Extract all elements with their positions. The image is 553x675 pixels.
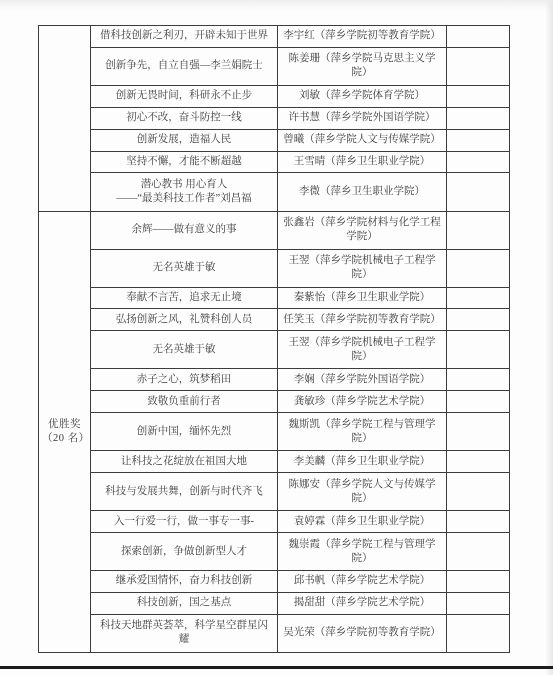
score-cell bbox=[447, 571, 510, 593]
awardee-cell: 邱书帆（萍乡学院艺术学院） bbox=[278, 571, 447, 593]
awardee-cell: 任笑玉（萍乡学院初等教育学院） bbox=[278, 309, 447, 331]
entry-title-cell: 无名英雄于敏 bbox=[91, 249, 278, 287]
awardee-cell: 张鑫岩（萍乡学院材料与化学工程学院） bbox=[278, 211, 447, 249]
score-cell bbox=[447, 413, 510, 451]
entry-title-cell: 探索创新，争做创新型人才 bbox=[91, 533, 278, 571]
entry-title-cell: 科技与发展共舞，创新与时代齐飞 bbox=[91, 473, 278, 511]
award-table-body: 借科技创新之利刃，开辟未知于世界李宇红（萍乡学院初等教育学院）创新争先，自立自强… bbox=[39, 26, 510, 653]
entry-title-cell: 继承爱国情怀，奋力科技创新 bbox=[91, 571, 278, 593]
table-row: 入一行爱一行，做一事专一事-袁婷霖（萍乡卫生职业学院） bbox=[39, 511, 510, 533]
entry-title-cell: 让科技之花绽放在祖国大地 bbox=[91, 451, 278, 473]
score-cell bbox=[447, 331, 510, 369]
scan-edge-right bbox=[545, 0, 553, 675]
entry-title-cell: 创新中国，缅怀先烈 bbox=[91, 413, 278, 451]
score-cell bbox=[447, 391, 510, 413]
entry-title-cell: 初心不改，奋斗防控一线 bbox=[91, 107, 278, 129]
table-row: 借科技创新之利刃，开辟未知于世界李宇红（萍乡学院初等教育学院） bbox=[39, 26, 510, 48]
entry-title-cell: 入一行爱一行，做一事专一事- bbox=[91, 511, 278, 533]
awardee-cell: 王雪晴（萍乡卫生职业学院） bbox=[278, 151, 447, 173]
entry-title-cell: 余辉——做有意义的事 bbox=[91, 211, 278, 249]
table-row: 奉献不言苦，追求无止境秦紫怡（萍乡卫生职业学院） bbox=[39, 287, 510, 309]
score-cell bbox=[447, 473, 510, 511]
score-cell bbox=[447, 592, 510, 614]
page-bottom-rule bbox=[0, 666, 553, 669]
score-cell bbox=[447, 107, 510, 129]
score-cell bbox=[447, 249, 510, 287]
scan-edge-top bbox=[0, 0, 553, 10]
entry-title-cell: 创新无畏时间，科研永不止步 bbox=[91, 85, 278, 107]
awardee-cell: 袁婷霖（萍乡卫生职业学院） bbox=[278, 511, 447, 533]
score-cell bbox=[447, 129, 510, 151]
entry-title-cell: 借科技创新之利刃，开辟未知于世界 bbox=[91, 26, 278, 48]
awardee-cell: 李美麟（萍乡卫生职业学院） bbox=[278, 451, 447, 473]
awardee-cell: 陈娜安（萍乡学院人文与传媒学院） bbox=[278, 473, 447, 511]
entry-title-cell: 弘扬创新之风，礼赞科创人员 bbox=[91, 309, 278, 331]
score-cell bbox=[447, 369, 510, 391]
entry-title-cell: 坚持不懈，才能不断超越 bbox=[91, 151, 278, 173]
awardee-cell: 龚敏珍（萍乡学院艺术学院） bbox=[278, 391, 447, 413]
category-cell: 优胜奖 （20 名） bbox=[39, 211, 91, 652]
table-row: 弘扬创新之风，礼赞科创人员任笑玉（萍乡学院初等教育学院） bbox=[39, 309, 510, 331]
awardee-cell: 李娴（萍乡学院外国语学院） bbox=[278, 369, 447, 391]
score-cell bbox=[447, 211, 510, 249]
table-row: 科技天地群英荟萃，科学星空群星闪 耀吴光荣（萍乡学院初等教育学院） bbox=[39, 614, 510, 652]
awardee-cell: 魏崇霞（萍乡学院工程与管理学院） bbox=[278, 533, 447, 571]
awardee-cell: 揭甜甜（萍乡学院艺术学院） bbox=[278, 592, 447, 614]
table-row: 探索创新，争做创新型人才魏崇霞（萍乡学院工程与管理学院） bbox=[39, 533, 510, 571]
score-cell bbox=[447, 26, 510, 48]
score-cell bbox=[447, 614, 510, 652]
table-row: 初心不改，奋斗防控一线许书慧（萍乡学院外国语学院） bbox=[39, 107, 510, 129]
category-cell bbox=[39, 26, 91, 212]
awardee-cell: 刘敏（萍乡学院体育学院） bbox=[278, 85, 447, 107]
scanned-document-page: 借科技创新之利刃，开辟未知于世界李宇红（萍乡学院初等教育学院）创新争先，自立自强… bbox=[0, 0, 553, 675]
awardee-cell: 魏斯凯（萍乡学院工程与管理学院） bbox=[278, 413, 447, 451]
awardee-cell: 王翌（萍乡学院机械电子工程学院） bbox=[278, 249, 447, 287]
awardee-cell: 王翌（萍乡学院机械电子工程学院） bbox=[278, 331, 447, 369]
table-row: 赤子之心，筑梦稻田李娴（萍乡学院外国语学院） bbox=[39, 369, 510, 391]
entry-title-cell: 科技创新，国之基点 bbox=[91, 592, 278, 614]
score-cell bbox=[447, 511, 510, 533]
score-cell bbox=[447, 151, 510, 173]
table-row: 创新中国，缅怀先烈魏斯凯（萍乡学院工程与管理学院） bbox=[39, 413, 510, 451]
entry-title-cell: 无名英雄于敏 bbox=[91, 331, 278, 369]
table-row: 创新争先，自立自强—李兰娟院士陈姜珊（萍乡学院马克思主义学院） bbox=[39, 47, 510, 85]
entry-title-cell: 潜心教书 用心育人 ——“最美科技工作者”刘昌福 bbox=[91, 173, 278, 211]
table-row: 创新无畏时间，科研永不止步刘敏（萍乡学院体育学院） bbox=[39, 85, 510, 107]
awardee-cell: 陈姜珊（萍乡学院马克思主义学院） bbox=[278, 47, 447, 85]
table-row: 无名英雄于敏王翌（萍乡学院机械电子工程学院） bbox=[39, 249, 510, 287]
score-cell bbox=[447, 47, 510, 85]
entry-title-cell: 创新发展，造福人民 bbox=[91, 129, 278, 151]
table-row: 优胜奖 （20 名）余辉——做有意义的事张鑫岩（萍乡学院材料与化学工程学院） bbox=[39, 211, 510, 249]
entry-title-cell: 创新争先，自立自强—李兰娟院士 bbox=[91, 47, 278, 85]
table-row: 潜心教书 用心育人 ——“最美科技工作者”刘昌福李微（萍乡卫生职业学院） bbox=[39, 173, 510, 211]
awardee-cell: 秦紫怡（萍乡卫生职业学院） bbox=[278, 287, 447, 309]
table-row: 让科技之花绽放在祖国大地李美麟（萍乡卫生职业学院） bbox=[39, 451, 510, 473]
entry-title-cell: 赤子之心，筑梦稻田 bbox=[91, 369, 278, 391]
score-cell bbox=[447, 173, 510, 211]
table-row: 科技与发展共舞，创新与时代齐飞陈娜安（萍乡学院人文与传媒学院） bbox=[39, 473, 510, 511]
award-table: 借科技创新之利刃，开辟未知于世界李宇红（萍乡学院初等教育学院）创新争先，自立自强… bbox=[38, 25, 510, 653]
entry-title-cell: 奉献不言苦，追求无止境 bbox=[91, 287, 278, 309]
table-row: 创新发展，造福人民曾曦（萍乡学院人文与传媒学院） bbox=[39, 129, 510, 151]
table-row: 无名英雄于敏王翌（萍乡学院机械电子工程学院） bbox=[39, 331, 510, 369]
score-cell bbox=[447, 287, 510, 309]
score-cell bbox=[447, 533, 510, 571]
awardee-cell: 李微（萍乡卫生职业学院） bbox=[278, 173, 447, 211]
table-row: 坚持不懈，才能不断超越王雪晴（萍乡卫生职业学院） bbox=[39, 151, 510, 173]
awardee-cell: 许书慧（萍乡学院外国语学院） bbox=[278, 107, 447, 129]
awardee-cell: 吴光荣（萍乡学院初等教育学院） bbox=[278, 614, 447, 652]
awardee-cell: 李宇红（萍乡学院初等教育学院） bbox=[278, 26, 447, 48]
entry-title-cell: 致敬负重前行者 bbox=[91, 391, 278, 413]
table-row: 致敬负重前行者龚敏珍（萍乡学院艺术学院） bbox=[39, 391, 510, 413]
score-cell bbox=[447, 85, 510, 107]
awardee-cell: 曾曦（萍乡学院人文与传媒学院） bbox=[278, 129, 447, 151]
score-cell bbox=[447, 451, 510, 473]
table-row: 科技创新，国之基点揭甜甜（萍乡学院艺术学院） bbox=[39, 592, 510, 614]
table-row: 继承爱国情怀，奋力科技创新邱书帆（萍乡学院艺术学院） bbox=[39, 571, 510, 593]
score-cell bbox=[447, 309, 510, 331]
entry-title-cell: 科技天地群英荟萃，科学星空群星闪 耀 bbox=[91, 614, 278, 652]
